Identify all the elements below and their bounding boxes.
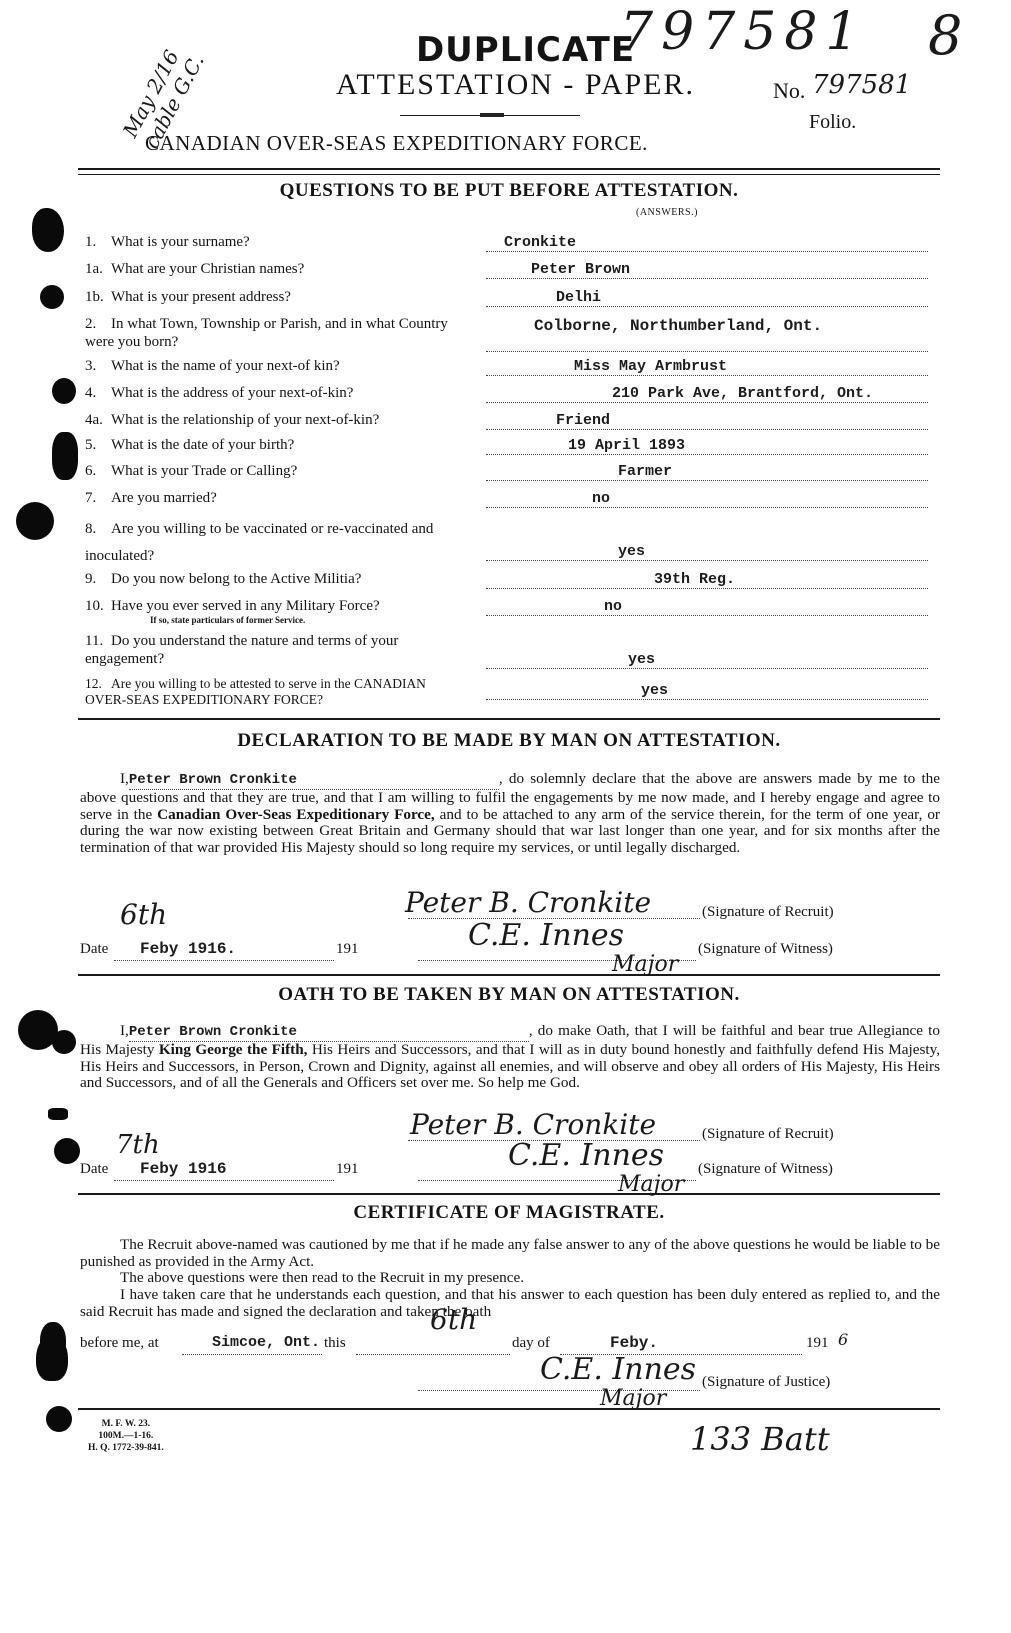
- day-of-label: day of: [512, 1335, 550, 1352]
- oath-witness-signature: C.E. Innes: [508, 1138, 664, 1173]
- form-code-line: M. F. W. 23.: [88, 1418, 164, 1430]
- question-row: 5.What is the date of your birth?: [85, 436, 455, 454]
- oath-section-title: OATH TO BE TAKEN BY MAN ON ATTESTATION.: [78, 984, 940, 1006]
- declaration-text: I,Peter Brown Cronkite, do solemnly decl…: [80, 771, 940, 857]
- question-number: 1a.: [85, 260, 111, 278]
- answer-field: Colborne, Northumberland, Ont.: [486, 333, 928, 352]
- oath-text: I,Peter Brown Cronkite, do make Oath, th…: [80, 1023, 940, 1092]
- magistrate-place: Simcoe, Ont.: [212, 1334, 320, 1351]
- punch-hole: [36, 1335, 68, 1381]
- question-text: What is the address of your next-of-kin?: [111, 385, 353, 401]
- header-divider: [78, 168, 940, 175]
- question-number: 10.: [85, 597, 111, 615]
- question-row: 9.Do you now belong to the Active Militi…: [85, 570, 455, 588]
- section-divider: [78, 1193, 940, 1195]
- handwritten-regimental-number: 797581: [620, 2, 867, 62]
- answer-field: 19 April 1893: [486, 436, 928, 455]
- question-number: 1b.: [85, 288, 111, 306]
- answer-field: Friend: [486, 411, 928, 430]
- this-label: this: [324, 1335, 346, 1352]
- oath-name: Peter Brown Cronkite: [129, 1024, 529, 1042]
- answer-field: Peter Brown: [486, 260, 928, 279]
- answer-text: 39th Reg.: [654, 571, 735, 588]
- declaration-section-title: DECLARATION TO BE MADE BY MAN ON ATTESTA…: [78, 730, 940, 752]
- question-number: 7.: [85, 489, 111, 507]
- answers-column-label: (ANSWERS.): [636, 207, 698, 218]
- question-number: 11.: [85, 632, 111, 650]
- question-text: In what Town, Township or Parish, and in…: [85, 316, 448, 350]
- punch-hole: [52, 432, 78, 480]
- magistrate-year-suffix: 6: [838, 1330, 848, 1349]
- answer-text: 210 Park Ave, Brantford, Ont.: [612, 385, 873, 402]
- oath-recruit-signature-label: (Signature of Recruit): [702, 1126, 834, 1143]
- question-text: Are you willing to be attested to serve …: [85, 676, 426, 707]
- answer-text: Cronkite: [504, 234, 576, 251]
- questions-section-title: QUESTIONS TO BE PUT BEFORE ATTESTATION.: [78, 180, 940, 202]
- punch-hole: [46, 1406, 72, 1432]
- question-row: 4a.What is the relationship of your next…: [85, 411, 455, 429]
- question-row: 12.Are you willing to be attested to ser…: [85, 676, 455, 708]
- form-code: M. F. W. 23. 100M.—1-16. H. Q. 1772-39-8…: [88, 1418, 164, 1454]
- question-row: 1.What is your surname?: [85, 233, 455, 251]
- question-number: 8.: [85, 516, 111, 543]
- answer-field: 210 Park Ave, Brantford, Ont.: [486, 384, 928, 403]
- answer-text: Delhi: [556, 289, 601, 306]
- question-number: 6.: [85, 462, 111, 480]
- question-row: 10.Have you ever served in any Military …: [85, 597, 455, 625]
- declaration-year-prefix: 191: [336, 941, 359, 958]
- magistrate-section-title: CERTIFICATE OF MAGISTRATE.: [78, 1202, 940, 1224]
- justice-signature: C.E. Innes: [540, 1352, 696, 1387]
- punch-hole: [52, 378, 76, 404]
- section-divider: [78, 718, 940, 720]
- oath-date-label: Date: [80, 1161, 108, 1178]
- document-subtitle: CANADIAN OVER-SEAS EXPEDITIONARY FORCE.: [145, 131, 648, 156]
- answer-field: Cronkite: [486, 233, 928, 252]
- answer-field: yes: [486, 650, 928, 669]
- answer-text: Farmer: [618, 463, 672, 480]
- question-text: What is your surname?: [111, 234, 250, 250]
- answer-text: yes: [628, 651, 655, 668]
- recruit-signature-label: (Signature of Recruit): [702, 904, 834, 921]
- question-row: 3.What is the name of your next-of kin?: [85, 357, 455, 375]
- justice-signature-label: (Signature of Justice): [702, 1374, 830, 1391]
- question-text: Do you understand the nature and terms o…: [85, 633, 398, 667]
- question-row: 1a.What are your Christian names?: [85, 260, 455, 278]
- magistrate-text-3: I have taken care that he understands ea…: [80, 1287, 940, 1321]
- answer-text: 19 April 1893: [568, 437, 685, 454]
- question-number: 4.: [85, 384, 111, 402]
- recruit-signature: Peter B. Cronkite: [405, 886, 651, 919]
- answer-field: Miss May Armbrust: [486, 357, 928, 376]
- question-row: 7.Are you married?: [85, 489, 455, 507]
- punch-hole: [54, 1138, 80, 1164]
- question-text: What are your Christian names?: [111, 261, 304, 277]
- number-value: 797581: [812, 70, 911, 100]
- answer-field: Delhi: [486, 288, 928, 307]
- answer-text: Miss May Armbrust: [574, 358, 727, 375]
- magistrate-day: 6th: [430, 1303, 477, 1336]
- punch-hole: [32, 208, 64, 252]
- number-label: No.: [773, 78, 805, 104]
- question-text: Are you married?: [111, 490, 217, 506]
- answer-text: Peter Brown: [531, 261, 630, 278]
- day-line: [356, 1334, 510, 1355]
- declaration-date-label: Date: [80, 941, 108, 958]
- answer-text: Colborne, Northumberland, Ont.: [534, 317, 822, 335]
- question-text: What is your present address?: [111, 289, 291, 305]
- title-rule-ornament: [480, 113, 504, 117]
- question-number: 12.: [85, 676, 111, 692]
- handwritten-mark: 8: [928, 4, 962, 67]
- question-number: 2.: [85, 315, 111, 333]
- question-text: What is the relationship of your next-of…: [111, 412, 379, 428]
- question-number: 1.: [85, 233, 111, 251]
- question-number: 4a.: [85, 411, 111, 429]
- justice-unit: 133 Batt: [690, 1420, 830, 1458]
- oath-prefix: I,: [120, 1022, 129, 1039]
- form-code-line: H. Q. 1772-39-841.: [88, 1442, 164, 1454]
- oath-king-name: King George the Fifth,: [159, 1041, 308, 1058]
- declaration-date-day: 6th: [120, 898, 167, 931]
- question-row: 11.Do you understand the nature and term…: [85, 632, 455, 668]
- form-code-line: 100M.—1-16.: [88, 1430, 164, 1442]
- answer-field: yes: [486, 681, 928, 700]
- punch-hole: [52, 1030, 76, 1054]
- declaration-date-value: Feby 1916.: [140, 940, 236, 958]
- oath-witness-signature-label: (Signature of Witness): [698, 1161, 833, 1178]
- magistrate-year-prefix: 191: [806, 1335, 829, 1352]
- folio-label: Folio.: [809, 111, 856, 134]
- oath-year-prefix: 191: [336, 1161, 359, 1178]
- magistrate-text-2: The above questions were then read to th…: [80, 1270, 940, 1287]
- question-row: 6.What is your Trade or Calling?: [85, 462, 455, 480]
- question-row: 2.In what Town, Township or Parish, and …: [85, 315, 455, 351]
- answer-field: yes: [486, 542, 928, 561]
- question-number: 9.: [85, 570, 111, 588]
- punch-hole: [48, 1108, 68, 1120]
- before-me-label: before me, at: [80, 1335, 159, 1352]
- bottom-divider: [78, 1408, 940, 1410]
- question-row: 4.What is the address of your next-of-ki…: [85, 384, 455, 402]
- answer-text: no: [604, 598, 622, 615]
- magistrate-text-1: The Recruit above-named was cautioned by…: [80, 1237, 940, 1271]
- answer-text: yes: [618, 543, 645, 560]
- oath-date-day: 7th: [116, 1130, 160, 1160]
- question-number: 3.: [85, 357, 111, 375]
- question-row: 8.Are you willing to be vaccinated or re…: [85, 516, 455, 570]
- punch-hole: [40, 285, 64, 309]
- question-text: Are you willing to be vaccinated or re-v…: [85, 521, 433, 564]
- question-text: Do you now belong to the Active Militia?: [111, 571, 361, 587]
- witness-signature: C.E. Innes: [468, 918, 624, 953]
- question-text: What is your Trade or Calling?: [111, 463, 297, 479]
- witness-signature-label: (Signature of Witness): [698, 941, 833, 958]
- question-number: 5.: [85, 436, 111, 454]
- answer-field: no: [486, 597, 928, 616]
- question-text: What is the date of your birth?: [111, 437, 294, 453]
- declaration-name: Peter Brown Cronkite: [129, 772, 499, 790]
- answer-text: no: [592, 490, 610, 507]
- declaration-prefix: I,: [120, 770, 129, 787]
- question-text: Have you ever served in any Military For…: [111, 598, 380, 614]
- answer-field: Farmer: [486, 462, 928, 481]
- section-divider: [78, 974, 940, 976]
- answer-field: no: [486, 489, 928, 508]
- answer-text: yes: [641, 682, 668, 699]
- oath-date-value: Feby 1916: [140, 1160, 226, 1178]
- magistrate-month: Feby.: [610, 1334, 658, 1352]
- declaration-force-name: Canadian Over-Seas Expeditionary Force,: [157, 806, 435, 823]
- answer-text: Friend: [556, 412, 610, 429]
- question-note: If so, state particulars of former Servi…: [85, 615, 455, 625]
- question-row: 1b.What is your present address?: [85, 288, 455, 306]
- oath-recruit-signature: Peter B. Cronkite: [410, 1108, 656, 1141]
- punch-hole: [16, 502, 54, 540]
- question-text: What is the name of your next-of kin?: [111, 358, 340, 374]
- answer-field: 39th Reg.: [486, 570, 928, 589]
